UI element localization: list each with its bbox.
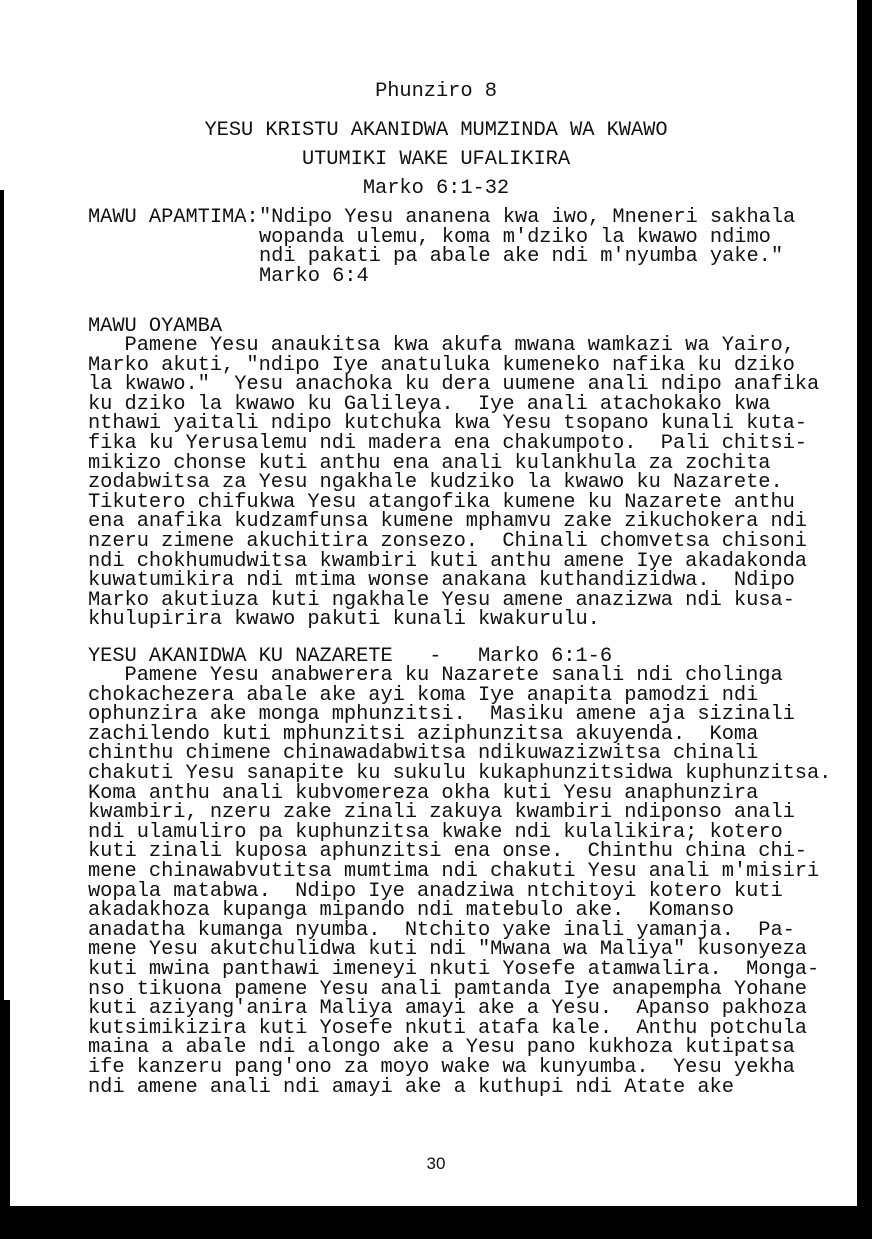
- scripture-reference: Marko 6:1-32: [0, 179, 872, 199]
- scan-edge-left: [0, 190, 4, 1010]
- title-line-1: YESU KRISTU AKANIDWA MUMZINDA WA KWAWO: [0, 121, 872, 141]
- page-number: 30: [0, 1154, 872, 1174]
- key-verse-line: "Ndipo Yesu ananena kwa iwo, Mneneri sak…: [259, 208, 795, 228]
- body-text-line: nzeru zimene akuchitira zonsezo. Chinali…: [88, 532, 807, 552]
- body-text-line: mene chinawabvutitsa mumtima ndi chakuti…: [88, 862, 819, 882]
- body-text-line: chakuti Yesu sanapite ku sukulu kukaphun…: [88, 764, 831, 784]
- body-text-line: Pamene Yesu anabwerera ku Nazarete sanal…: [88, 666, 783, 686]
- scan-edge-bottom: [0, 1206, 872, 1239]
- body-text-line: fika ku Yerusalemu ndi madera ena chakum…: [88, 434, 807, 454]
- lesson-label: Phunziro 8: [0, 82, 872, 102]
- title-line-2: UTUMIKI WAKE UFALIKIRA: [0, 150, 872, 170]
- body-text-line: khulupirira kwawo pakuti kunali kwakurul…: [88, 610, 600, 630]
- key-verse-line: Marko 6:4: [259, 267, 369, 287]
- body-text-line: Pamene Yesu anaukitsa kwa akufa mwana wa…: [88, 336, 795, 356]
- body-text-line: ndi amene anali ndi amayi ake a kuthupi …: [88, 1078, 734, 1098]
- document-page: Phunziro 8 YESU KRISTU AKANIDWA MUMZINDA…: [0, 0, 872, 1239]
- scan-edge-left-lower: [0, 1000, 10, 1239]
- body-text-line: kuti mwina panthawi imeneyi nkuti Yosefe…: [88, 960, 819, 980]
- key-verse-label: MAWU APAMTIMA:: [88, 208, 259, 228]
- body-text-line: ife kanzeru pang'ono za moyo wake wa kun…: [88, 1058, 795, 1078]
